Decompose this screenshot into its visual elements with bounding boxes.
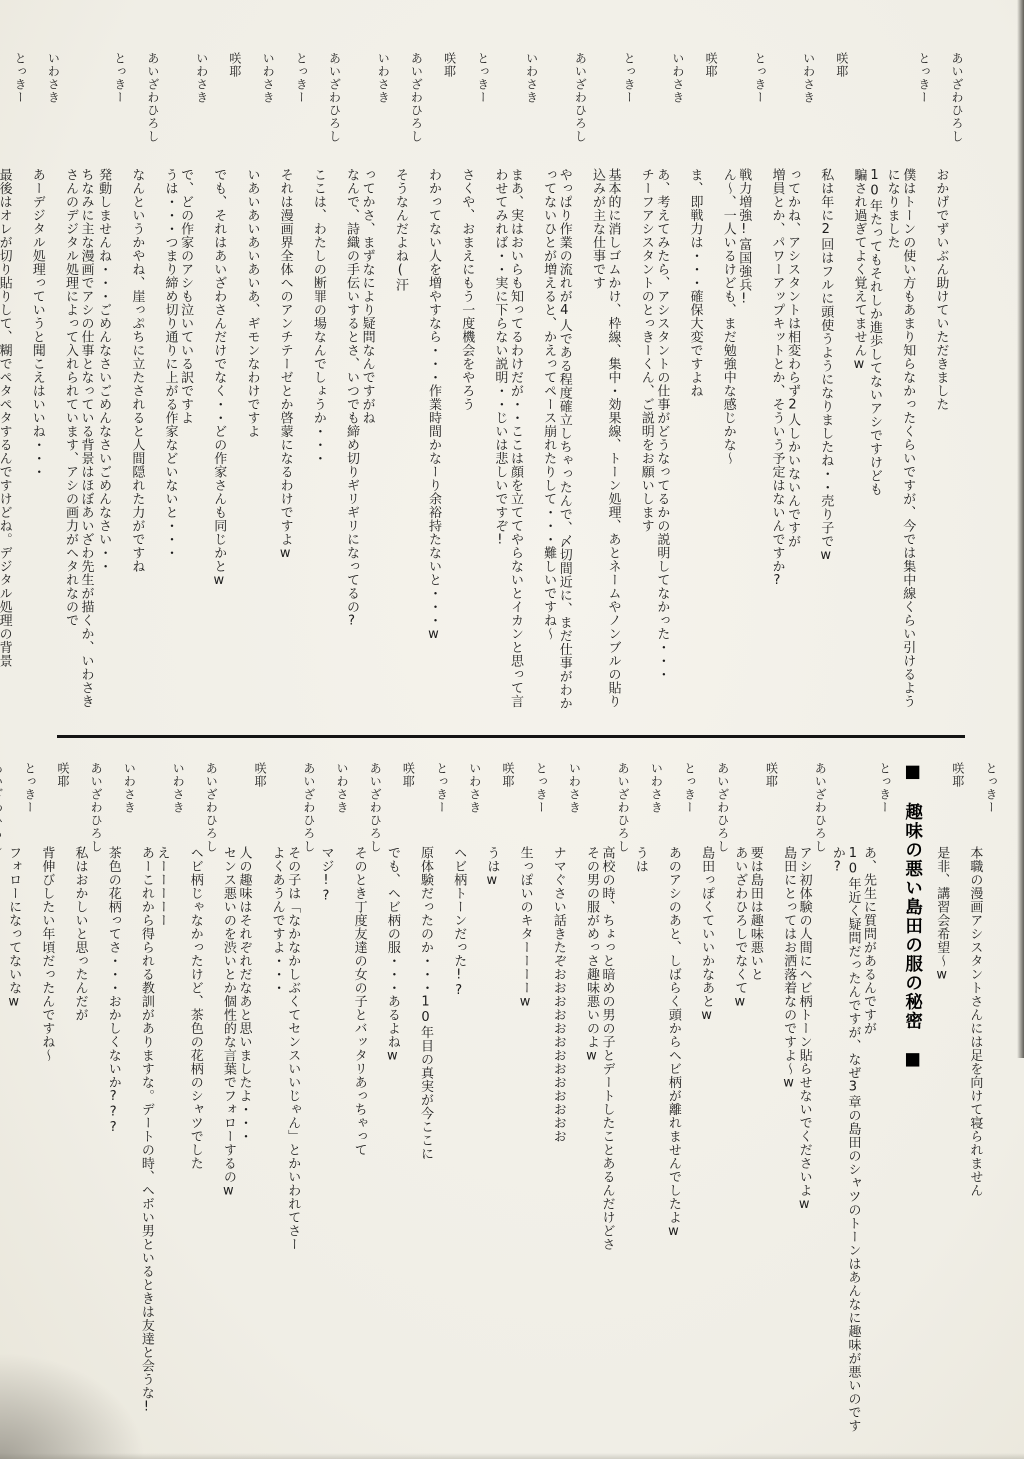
- dialogue-line: それは漫画界全体へのアンチテーゼとか啓蒙になるわけですよw: [277, 52, 293, 715]
- utterance: あいざわひろしアシ初体験の人間にヘビ柄トーン貼らせないでくださいよw島田にとって…: [780, 762, 827, 1445]
- dialogue-line: 人の趣味はそれぞれだなあと思いましたよ・・・: [236, 762, 252, 1445]
- utterance: いわさきあ、考えてみたら、アシスタントの仕事がどうなってるかの説明してなかった・…: [638, 52, 685, 715]
- utterance: いわさきえーーーーーあーこれから得られる教訓がありますな。デートの時、ヘボい男と…: [138, 762, 185, 1445]
- dialogue-line: 10年近く疑問だったんですが、なぜ3章の島田のシャツのトーンはあんなに趣味が悪い…: [829, 762, 860, 1445]
- scan-corner-shadow-bottom-left: [0, 1349, 150, 1459]
- scanned-doujinshi-afterword-page: { "page": { "background": "#f2efe8", "in…: [0, 0, 1024, 1459]
- utterance: いわさきうは: [632, 762, 663, 1445]
- speaker-label: いわさき: [375, 52, 391, 715]
- utterance: とっきーあのアシのあと、しばらく頭からヘビ柄が離れませんでしたよw: [665, 762, 696, 1445]
- speaker-label: いわさき: [193, 52, 209, 715]
- speaker-label: とっきー: [751, 52, 767, 715]
- speaker-label: 咲耶: [400, 762, 416, 1445]
- dialogue-line: 本職の漫画アシスタントさんには足を向けて寝られません: [967, 762, 983, 1445]
- utterance: あいざわひろしそのとき丁度友達の女の子とバッタリあっちゃって: [351, 762, 382, 1445]
- utterance: いわさきってかさ、まずなにより疑問なんですがねなんで、詩織の手伝いするとさ、いつ…: [343, 52, 390, 715]
- utterance: とっきーあ、先生に質問があるんですが10年近く疑問だったんですが、なぜ3章の島田…: [829, 762, 891, 1445]
- dialogue-line: 島田っぽくていいかなあとw: [699, 762, 715, 1445]
- utterance: あいざわひろしおかげでずいぶん助けていただきました: [933, 52, 964, 715]
- speaker-label: あいざわひろし: [0, 762, 4, 1445]
- dialogue-line: で、どの作家のアシも泣いている訳ですよ: [178, 52, 194, 715]
- dialogue-line: その子は「なかなかしぶくてセンスいいじゃん」とかいわれてさー: [285, 762, 301, 1445]
- dialogue-line: ヘビ柄じゃなかったけど、茶色の花柄のシャツでした: [187, 762, 203, 1445]
- speaker-label: とっきー: [293, 52, 309, 715]
- speaker-label: とっきー: [433, 762, 449, 1445]
- utterance: いわさきヘビ柄トーンだった!?: [451, 762, 482, 1445]
- speaker-label: とっきー: [533, 762, 549, 1445]
- speaker-label: あいざわひろし: [812, 762, 828, 1445]
- utterance: とっきー戦力増強!富国強兵!ん〜、一人いるけども、まだ勉強中な感じかな〜: [720, 52, 767, 715]
- dialogue-line: ってかさ、まずなにより疑問なんですがね: [359, 52, 375, 715]
- speaker-label: あいざわひろし: [408, 52, 424, 715]
- speaker-label: とっきー: [111, 52, 127, 715]
- dialogue-line: なんで、詩織の手伝いするとさ、いつでも締め切りギリギリになってるの?: [343, 52, 359, 715]
- utterance: 咲耶要は島田は趣味悪いとあいざわひろしでなくてw: [732, 762, 779, 1445]
- dialogue-line: あ、考えてみたら、アシスタントの仕事がどうなってるかの説明してなかった・・・: [654, 52, 670, 715]
- utterance: とっきーさくや、おまえにもう一度機会をやろう: [459, 52, 490, 715]
- dialogue-line: 僕はトーンの使い方もあまり知らなかったくらいですが、今では集中線くらい引けるよう…: [884, 52, 915, 715]
- speaker-label: とっきー: [681, 762, 697, 1445]
- dialogue-line: でも、ヘビ柄の服・・・あるよねw: [384, 762, 400, 1445]
- dialogue-line: まあ、実はおいらも知ってるわけだが・・ここは顔を立ててやらないとイカンと思って言…: [492, 52, 523, 715]
- utterance: いわさきナマぐさい話きたぞおおおおおおおおおおおおお: [550, 762, 581, 1445]
- speaker-label: あいざわひろし: [948, 52, 964, 715]
- speaker-label: いわさき: [566, 762, 582, 1445]
- dialogue-line: やっぱり作業の流れが4人である程度確立しちゃったんで、〆切間近に、まだ仕事がわか…: [541, 52, 572, 715]
- speaker-label: 咲耶: [441, 52, 457, 715]
- dialogue-line: ん〜、一人いるけども、まだ勉強中な感じかな〜: [720, 52, 736, 715]
- utterance: あいざわひろし私はおかしいと思ったんだが: [72, 762, 103, 1445]
- speaker-label: いわさき: [800, 52, 816, 715]
- dialogue-line: ナマぐさい話きたぞおおおおおおおおおおおおお: [550, 762, 566, 1445]
- dialogue-line: 生っぽいのキターーーーw: [517, 762, 533, 1445]
- utterance: とっきーそれは漫画界全体へのアンチテーゼとか啓蒙になるわけですよw: [277, 52, 308, 715]
- utterance: あいざわひろし島田っぽくていいかなあとw: [699, 762, 730, 1445]
- dialogue-line: そのとき丁度友達の女の子とバッタリあっちゃって: [351, 762, 367, 1445]
- speaker-label: とっきー: [915, 52, 931, 715]
- dialogue-line: うは: [632, 762, 648, 1445]
- dialogue-line: さくや、おまえにもう一度機会をやろう: [459, 52, 475, 715]
- dialogue-line: いあいあいあいあいあ、ギモンなわけですよ: [244, 52, 260, 715]
- dialogue-line: 戦力増強!富国強兵!: [736, 52, 752, 715]
- speaker-label: いわさき: [45, 52, 61, 715]
- utterance: とっきー最後はオレが切り貼りして、糊でペタペタするんですけどね。デジタル処理の背…: [0, 52, 27, 715]
- speaker-label: あいざわひろし: [367, 762, 383, 1445]
- dialogue-line: 増員とか、パワーアップキットとか、そういう予定はないんですか?: [769, 52, 785, 715]
- utterance: 咲耶ま、即戦力は・・・確保大変ですよね: [687, 52, 718, 715]
- dialogue-line: アシ初体験の人間にヘビ柄トーン貼らせないでくださいよw: [796, 762, 812, 1445]
- bottom-dialogue-section: とっきー本職の漫画アシスタントさんには足を向けて寝られません咲耶是非、講習会希望…: [22, 762, 1000, 1445]
- dialogue-line: 基本的に消しゴムかけ、枠線、集中・効果線、トーン処理、あとネームやノンブルの貼り…: [589, 52, 620, 715]
- dialogue-line: わかってない人を増やすなら・・・作業時間かなーり余裕持たないと・・・w: [425, 52, 441, 715]
- speaker-label: 咲耶: [703, 52, 719, 715]
- dialogue-line: その男の服がめっさ趣味悪いのよw: [583, 762, 599, 1445]
- dialogue-line: 私は年に2回はフルに頭使うようになりましたね・・売り子でw: [818, 52, 834, 715]
- dialogue-line: ま、即戦力は・・・確保大変ですよね: [687, 52, 703, 715]
- utterance: 10年たってもそれしか進歩してないアシですけども騙され過ぎてよく覚えてませんw: [851, 52, 882, 715]
- dialogue-line: あいざわひろしでなくてw: [732, 762, 748, 1445]
- utterance: あいざわひろしその女の子が「センスいい」とか言ったもんだから、デート毎にそのシャ…: [0, 762, 4, 1445]
- speaker-label: いわさき: [121, 762, 137, 1445]
- scan-edge-shadow-bottom: [0, 1453, 1024, 1459]
- utterance: 咲耶わかってない人を増やすなら・・・作業時間かなーり余裕持たないと・・・w: [425, 52, 456, 715]
- dialogue-line: 最後はオレが切り貼りして、糊でペタペタするんですけどね。デジタル処理の背景: [0, 52, 12, 715]
- dialogue-line: そうなんだよね(汗: [392, 52, 408, 715]
- speaker-label: とっきー: [12, 52, 28, 715]
- dialogue-line: 発動しませんね・・・ごめんなさいごめんなさいごめんなさい・・: [96, 52, 112, 715]
- speaker-label: あいざわひろし: [144, 52, 160, 715]
- utterance: あいざわひろしここは、わたしの断罪の場なんでしょうか・・・: [310, 52, 341, 715]
- dialogue-line: ってかね、アシスタントは相変わらず2人しかいないんですが: [784, 52, 800, 715]
- dialogue-line: センス悪いのを渋いとか個性的な言葉でフォローするのw: [220, 762, 236, 1445]
- dialogue-line: なんというかやね、崖っぷちに立たされると人間隠れた力がですね: [129, 52, 145, 715]
- scan-edge-shadow-right: [1017, 0, 1024, 1058]
- utterance: あいざわひろしヘビ柄じゃなかったけど、茶色の花柄のシャツでした: [187, 762, 218, 1445]
- speaker-label: あいざわひろし: [615, 762, 631, 1445]
- utterance: いわさきいあいあいあいあいあ、ギモンなわけですよ: [244, 52, 275, 715]
- utterance: とっきー本職の漫画アシスタントさんには足を向けて寝られません: [967, 762, 998, 1445]
- dialogue-line: あーデジタル処理っていうと聞こえはいいね・・・: [29, 52, 45, 715]
- utterance: あいざわひろしその子は「なかなかしぶくてセンスいいじゃん」とかいわれてさーよくあ…: [269, 762, 316, 1445]
- utterance: いわさきで、どの作家のアシも泣いている訳ですようは・・・つまり締め切り通りに上が…: [162, 52, 209, 715]
- dialogue-line: 背伸びしたい年頃だったんですね〜: [39, 762, 55, 1445]
- speaker-label: いわさき: [523, 52, 539, 715]
- utterance: いわさきあーデジタル処理っていうと聞こえはいいね・・・: [29, 52, 60, 715]
- utterance: 咲耶でも、それはあいざわさんだけでなく・・どの作家さんも同じかとw: [211, 52, 242, 715]
- dialogue-line: ここは、わたしの断罪の場なんでしょうか・・・: [310, 52, 326, 715]
- dialogue-line: うはw: [484, 762, 500, 1445]
- dialogue-line: えーーーーー: [154, 762, 170, 1445]
- utterance: 咲耶人の趣味はそれぞれだなあと思いましたよ・・・センス悪いのを渋いとか個性的な言…: [220, 762, 267, 1445]
- dialogue-line: あ、先生に質問があるんですが: [860, 762, 876, 1445]
- dialogue-line: 島田にとってはお洒落着なのですよ〜w: [780, 762, 796, 1445]
- speaker-label: 咲耶: [226, 52, 242, 715]
- speaker-label: 咲耶: [499, 762, 515, 1445]
- speaker-label: あいざわひろし: [300, 762, 316, 1445]
- dialogue-line: よくあうんですよ・・・: [269, 762, 285, 1445]
- dialogue-line: ヘビ柄トーンだった!?: [451, 762, 467, 1445]
- speaker-label: 咲耶: [949, 762, 965, 1445]
- dialogue-line: フォローになってないなw: [6, 762, 22, 1445]
- section-divider-rule: [57, 735, 965, 738]
- utterance: ちなみに主な漫画でアシの仕事となっている背景はほぼあいざわ先生が描くか、いわさき…: [62, 52, 93, 715]
- speaker-label: 咲耶: [763, 762, 779, 1445]
- speaker-label: いわさき: [170, 762, 186, 1445]
- dialogue-line: 原体験だったのか・・・10年目の真実が今ここに: [417, 762, 433, 1445]
- speaker-label: いわさき: [259, 52, 275, 715]
- speaker-label: とっきー: [21, 762, 37, 1445]
- utterance: とっきー基本的に消しゴムかけ、枠線、集中・効果線、トーン処理、あとネームやノンブ…: [589, 52, 636, 715]
- speaker-label: とっきー: [876, 762, 892, 1445]
- speaker-label: いわさき: [333, 762, 349, 1445]
- dialogue-line: あーこれから得られる教訓がありますな。デートの時、ヘボい男といるときは友達と会う…: [138, 762, 154, 1445]
- speaker-label: いわさき: [669, 52, 685, 715]
- dialogue-line: ちなみに主な漫画でアシの仕事となっている背景はほぼあいざわ先生が描くか、いわさき…: [62, 52, 93, 715]
- dialogue-line: 10年たってもそれしか進歩してないアシですけども: [866, 52, 882, 715]
- speaker-label: あいざわひろし: [326, 52, 342, 715]
- utterance: いわさき茶色の花柄ってさ・・・おかしくないか???: [105, 762, 136, 1445]
- speaker-label: とっきー: [621, 52, 637, 715]
- utterance: あいざわひろしそうなんだよね(汗: [392, 52, 423, 715]
- dialogue-line: 私はおかしいと思ったんだが: [72, 762, 88, 1445]
- speaker-label: いわさき: [648, 762, 664, 1445]
- utterance: 咲耶背伸びしたい年頃だったんですね〜: [39, 762, 70, 1445]
- dialogue-line: 高校の時、ちょっと暗めの男の子とデートしたことあるんだけどさ: [599, 762, 615, 1445]
- utterance: あいざわひろしやっぱり作業の流れが4人である程度確立しちゃったんで、〆切間近に、…: [541, 52, 588, 715]
- speaker-label: とっきー: [474, 52, 490, 715]
- dialogue-line: おかげでずいぶん助けていただきました: [933, 52, 949, 715]
- utterance: 咲耶私は年に2回はフルに頭使うようになりましたね・・売り子でw: [818, 52, 849, 715]
- utterance: あいざわひろしなんというかやね、崖っぷちに立たされると人間隠れた力がですね: [129, 52, 160, 715]
- utterance: いわさきってかね、アシスタントは相変わらず2人しかいないんですが増員とか、パワー…: [769, 52, 816, 715]
- speaker-label: とっきー: [982, 762, 998, 1445]
- speaker-label: あいざわひろし: [572, 52, 588, 715]
- speaker-label: あいざわひろし: [714, 762, 730, 1445]
- utterance: 咲耶うはw: [484, 762, 515, 1445]
- dialogue-line: うは・・・つまり締め切り通りに上がる作家などいないと・・・: [162, 52, 178, 715]
- dialogue-line: 騙され過ぎてよく覚えてませんw: [851, 52, 867, 715]
- dialogue-line: マジ!?: [318, 762, 334, 1445]
- speaker-label: 咲耶: [251, 762, 267, 1445]
- speaker-label: いわさき: [466, 762, 482, 1445]
- utterance: 咲耶でも、ヘビ柄の服・・・あるよねw: [384, 762, 415, 1445]
- dialogue-line: チーフアシスタントのとっきーくん、ご説明をお願いします: [638, 52, 654, 715]
- utterance: とっきー発動しませんね・・・ごめんなさいごめんなさいごめんなさい・・: [96, 52, 127, 715]
- dialogue-line: あのアシのあと、しばらく頭からヘビ柄が離れませんでしたよw: [665, 762, 681, 1445]
- top-dialogue-section: あいざわひろしおかげでずいぶん助けていただきましたとっきー僕はトーンの使い方もあ…: [30, 52, 966, 715]
- dialogue-line: 要は島田は趣味悪いと: [747, 762, 763, 1445]
- speaker-label: あいざわひろし: [203, 762, 219, 1445]
- speaker-label: 咲耶: [833, 52, 849, 715]
- utterance: いわさきマジ!?: [318, 762, 349, 1445]
- dialogue-line: 茶色の花柄ってさ・・・おかしくないか???: [105, 762, 121, 1445]
- section-title: ■ 趣味の悪い島田の服の秘密 ■: [902, 762, 924, 1445]
- speaker-label: 咲耶: [54, 762, 70, 1445]
- speaker-label: あいざわひろし: [88, 762, 104, 1445]
- utterance: あいざわひろし高校の時、ちょっと暗めの男の子とデートしたことあるんだけどさその男…: [583, 762, 630, 1445]
- utterance: 咲耶是非、講習会希望〜w: [934, 762, 965, 1445]
- utterance: とっきー生っぽいのキターーーーw: [517, 762, 548, 1445]
- utterance: いわさきまあ、実はおいらも知ってるわけだが・・ここは顔を立ててやらないとイカンと…: [492, 52, 539, 715]
- dialogue-line: でも、それはあいざわさんだけでなく・・どの作家さんも同じかとw: [211, 52, 227, 715]
- utterance: とっきー原体験だったのか・・・10年目の真実が今ここに: [417, 762, 448, 1445]
- utterance: とっきー僕はトーンの使い方もあまり知らなかったくらいですが、今では集中線くらい引…: [884, 52, 931, 715]
- dialogue-line: 是非、講習会希望〜w: [934, 762, 950, 1445]
- utterance: とっきーフォローになってないなw: [6, 762, 37, 1445]
